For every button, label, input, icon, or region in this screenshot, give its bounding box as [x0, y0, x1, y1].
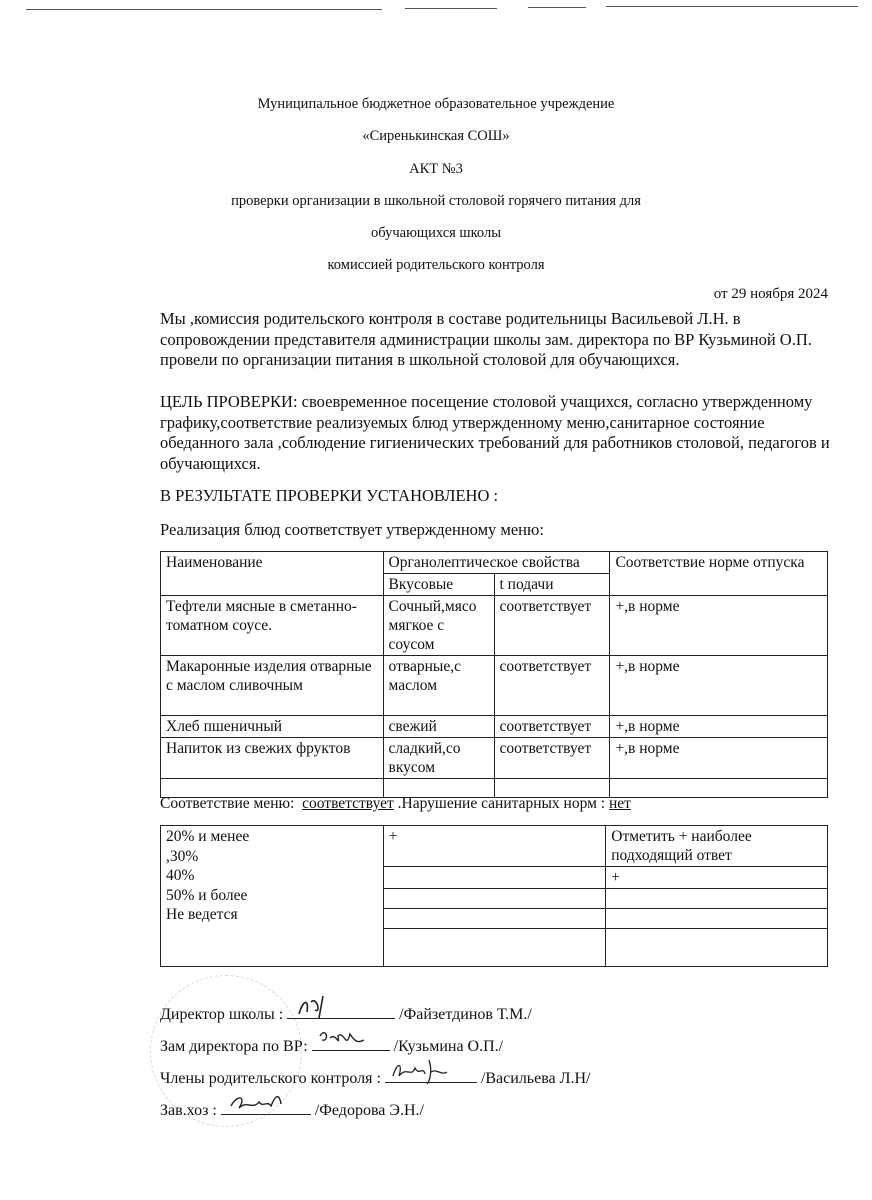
mark-cell [383, 867, 606, 889]
signature-deputy: Зам директора по ВР: /Кузьмина О.П./ [160, 1034, 503, 1056]
signature-line [221, 1098, 311, 1115]
goal-paragraph: ЦЕЛЬ ПРОВЕРКИ: своевременное посещение с… [160, 392, 832, 474]
mark-cell: + [383, 826, 606, 867]
dish-temp: соответствует [494, 656, 610, 716]
intro-paragraph: Мы ,комиссия родительского контроля в со… [160, 309, 820, 371]
waste-options: 20% и менее ,30% 40% 50% и более Не веде… [161, 826, 384, 967]
handwritten-signature-icon [291, 992, 351, 1022]
signature-line [385, 1066, 477, 1083]
option: 20% и менее [166, 827, 378, 847]
signature-parent-committee: Члены родительского контроля : /Васильев… [160, 1066, 591, 1088]
signature-name: /Файзетдинов Т.М./ [399, 1006, 532, 1023]
dish-name: Хлеб пшеничный [161, 716, 384, 738]
mark-cell [606, 909, 828, 929]
mark-cell: + [606, 867, 828, 889]
signature-role: Зав.хоз : [160, 1102, 217, 1119]
menu-compliance-value: соответствует [302, 795, 394, 812]
header-organoleptic: Органолептическое свойства [383, 552, 610, 574]
dish-norm: +,в норме [610, 738, 828, 779]
header-taste: Вкусовые [383, 574, 494, 596]
signature-role: Члены родительского контроля : [160, 1070, 381, 1087]
header-name: Наименование [161, 552, 384, 596]
dishes-table: Наименование Органолептическое свойства … [160, 551, 828, 798]
dish-taste: свежий [383, 716, 494, 738]
signature-name: /Федорова Э.Н./ [315, 1102, 424, 1119]
dish-taste: Сочный,мясо мягкое с соусом [383, 596, 494, 656]
signature-name: /Васильева Л.Н/ [481, 1070, 591, 1087]
handwritten-signature-icon [316, 1024, 376, 1054]
dish-name: Макаронные изделия отварные с маслом сли… [161, 656, 384, 716]
dish-norm: +,в норме [610, 656, 828, 716]
act-subtitle-2: обучающихся школы [0, 225, 872, 242]
act-subtitle-3: комиссией родительского контроля [0, 257, 872, 274]
table-row: Хлеб пшеничный свежий соответствует +,в … [161, 716, 828, 738]
signature-supply-manager: Зав.хоз : /Федорова Э.Н./ [160, 1098, 424, 1120]
school-name: «Сиренькинская СОШ» [0, 128, 872, 145]
mark-cell [383, 929, 606, 967]
handwritten-signature-icon [389, 1056, 459, 1086]
result-heading: В РЕЗУЛЬТАТЕ ПРОВЕРКИ УСТАНОВЛЕНО : [160, 486, 840, 507]
option: 40% [166, 866, 378, 886]
menu-compliance-label: Соответствие меню: [160, 795, 294, 812]
dish-norm: +,в норме [610, 596, 828, 656]
signature-director: Директор школы : /Файзетдинов Т.М./ [160, 1002, 532, 1024]
sanitary-value: нет [609, 795, 631, 812]
mark-cell [606, 929, 828, 967]
dish-temp: соответствует [494, 596, 610, 656]
waste-table: 20% и менее ,30% 40% 50% и более Не веде… [160, 825, 828, 967]
dish-taste: сладкий,со вкусом [383, 738, 494, 779]
signature-line [287, 1002, 395, 1019]
menu-statement: Реализация блюд соответствует утвержденн… [160, 520, 840, 541]
dish-norm [610, 779, 828, 798]
header-temp: t подачи [494, 574, 610, 596]
scan-artifact-line [606, 6, 858, 7]
table-row: 20% и менее ,30% 40% 50% и более Не веде… [161, 826, 828, 867]
scan-artifact-line [26, 9, 382, 10]
dish-name: Напиток из свежих фруктов [161, 738, 384, 779]
scan-artifact-line [405, 8, 497, 9]
act-subtitle-1: проверки организации в школьной столовой… [0, 193, 872, 210]
mark-cell [606, 889, 828, 909]
signature-line [312, 1034, 390, 1051]
option: Не ведется [166, 905, 378, 925]
table-row: Макаронные изделия отварные с маслом сли… [161, 656, 828, 716]
scan-artifact-line [528, 7, 586, 8]
signature-role: Зам директора по ВР: [160, 1038, 308, 1055]
org-name: Муниципальное бюджетное образовательное … [0, 96, 872, 113]
act-title: АКТ №3 [0, 161, 872, 178]
header-norm: Соответствие норме отпуска [610, 552, 828, 596]
compliance-line: Соответствие меню: соответствует .Наруше… [160, 793, 631, 814]
table-row: Тефтели мясные в сметанно-томатном соусе… [161, 596, 828, 656]
mark-cell [383, 909, 606, 929]
signature-role: Директор школы : [160, 1006, 283, 1023]
mark-cell [383, 889, 606, 909]
dish-temp: соответствует [494, 716, 610, 738]
sanitary-label: .Нарушение санитарных норм : [398, 795, 605, 812]
table-header-row: Наименование Органолептическое свойства … [161, 552, 828, 574]
dish-name: Тефтели мясные в сметанно-томатном соусе… [161, 596, 384, 656]
dish-taste: отварные,с маслом [383, 656, 494, 716]
instruction-cell: Отметить + наиболее подходящий ответ [606, 826, 828, 867]
dish-norm: +,в норме [610, 716, 828, 738]
dish-temp: соответствует [494, 738, 610, 779]
handwritten-signature-icon [225, 1088, 295, 1118]
act-date: от 29 ноября 2024 [714, 284, 828, 305]
option: 50% и более [166, 886, 378, 906]
signature-name: /Кузьмина О.П./ [394, 1038, 503, 1055]
table-row: Напиток из свежих фруктов сладкий,со вку… [161, 738, 828, 779]
option: ,30% [166, 847, 378, 867]
